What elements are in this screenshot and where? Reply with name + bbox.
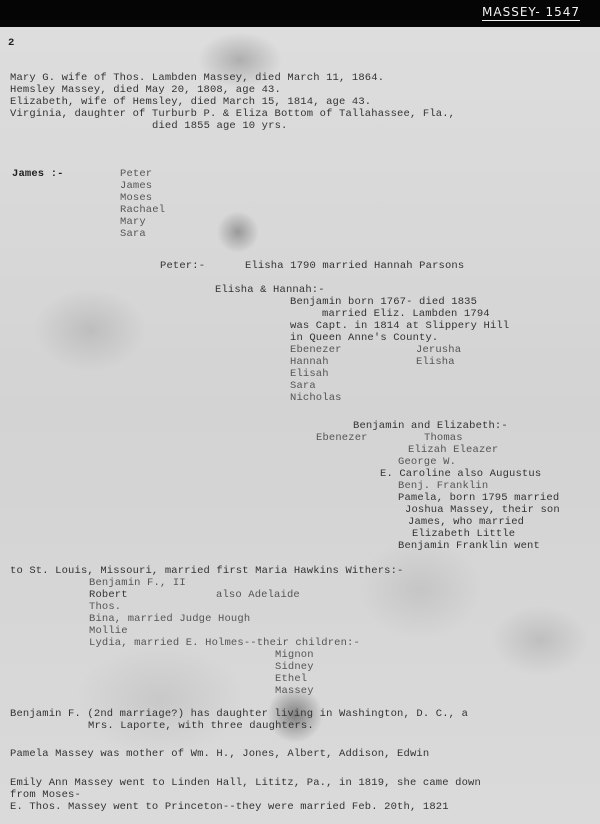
intro-line: Virginia, daughter of Turburb P. & Eliza… xyxy=(10,108,455,120)
peter-text: Elisha 1790 married Hannah Parsons xyxy=(245,260,464,272)
peter-label: Peter:- xyxy=(160,260,205,272)
intro-line: Mary G. wife of Thos. Lambden Massey, di… xyxy=(10,72,384,84)
elisha-hannah-label: Elisha & Hannah:- xyxy=(215,284,325,296)
second-marriage-line: Benjamin F. (2nd marriage?) has daughter… xyxy=(10,708,468,720)
child-name: Thomas xyxy=(424,432,463,444)
grandchild-name: Ethel xyxy=(275,673,307,685)
second-marriage-line: Mrs. Laporte, with three daughters. xyxy=(88,720,314,732)
child-name: Benjamin F., II xyxy=(89,577,186,589)
scanned-document-page: MASSEY- 1547 2 Mary G. wife of Thos. Lam… xyxy=(0,0,600,824)
emily-line: from Moses- xyxy=(10,789,81,801)
child-name: Mary xyxy=(120,216,146,228)
elisha-hannah-line: married Eliz. Lambden 1794 xyxy=(322,308,490,320)
child-name: Nicholas xyxy=(290,392,342,404)
child-name: Elizabeth Little xyxy=(412,528,515,540)
child-name: Sara xyxy=(290,380,316,392)
child-name: Benjamin Franklin went xyxy=(398,540,540,552)
child-name: Robert xyxy=(89,589,128,601)
child-name: Thos. xyxy=(89,601,121,613)
emily-line: Emily Ann Massey went to Linden Hall, Li… xyxy=(10,777,481,789)
benjamin-elizabeth-label: Benjamin and Elizabeth:- xyxy=(353,420,508,432)
james-label: James :- xyxy=(12,168,64,180)
child-name: Peter xyxy=(120,168,152,180)
child-name: E. Caroline also Augustus xyxy=(380,468,541,480)
elisha-hannah-line: Benjamin born 1767- died 1835 xyxy=(290,296,477,308)
st-louis-lead-line: to St. Louis, Missouri, married first Ma… xyxy=(10,565,404,577)
child-name: Moses xyxy=(120,192,152,204)
child-name: Bina, married Judge Hough xyxy=(89,613,250,625)
child-name: Benj. Franklin xyxy=(398,480,488,492)
child-name: Elizah Eleazer xyxy=(408,444,498,456)
intro-line: Hemsley Massey, died May 20, 1808, age 4… xyxy=(10,84,281,96)
child-name: Hannah xyxy=(290,356,329,368)
child-name: Elisah xyxy=(290,368,329,380)
child-name: Rachael xyxy=(120,204,165,216)
pamela-line: Pamela Massey was mother of Wm. H., Jone… xyxy=(10,748,429,760)
file-label: MASSEY- 1547 xyxy=(482,5,580,21)
child-name: Jerusha xyxy=(416,344,461,356)
header-bar: MASSEY- 1547 xyxy=(0,0,600,27)
child-name: Ebenezer xyxy=(316,432,368,444)
child-name: George W. xyxy=(398,456,456,468)
child-name: Pamela, born 1795 married xyxy=(398,492,559,504)
robert-note: also Adelaide xyxy=(216,589,300,601)
grandchild-name: Mignon xyxy=(275,649,314,661)
child-name: Sara xyxy=(120,228,146,240)
intro-line: died 1855 age 10 yrs. xyxy=(152,120,287,132)
child-name: Mollie xyxy=(89,625,128,637)
child-name: Elisha xyxy=(416,356,455,368)
grandchild-name: Sidney xyxy=(275,661,314,673)
elisha-hannah-line: was Capt. in 1814 at Slippery Hill xyxy=(290,320,509,332)
emily-line: E. Thos. Massey went to Princeton--they … xyxy=(10,801,449,813)
child-name: Lydia, married E. Holmes--their children… xyxy=(89,637,360,649)
elisha-hannah-line: in Queen Anne's County. xyxy=(290,332,438,344)
child-name: James xyxy=(120,180,152,192)
grandchild-name: Massey xyxy=(275,685,314,697)
child-name: James, who married xyxy=(408,516,524,528)
child-name: Ebenezer xyxy=(290,344,342,356)
page-number: 2 xyxy=(8,37,14,49)
intro-line: Elizabeth, wife of Hemsley, died March 1… xyxy=(10,96,371,108)
child-name: Joshua Massey, their son xyxy=(405,504,560,516)
